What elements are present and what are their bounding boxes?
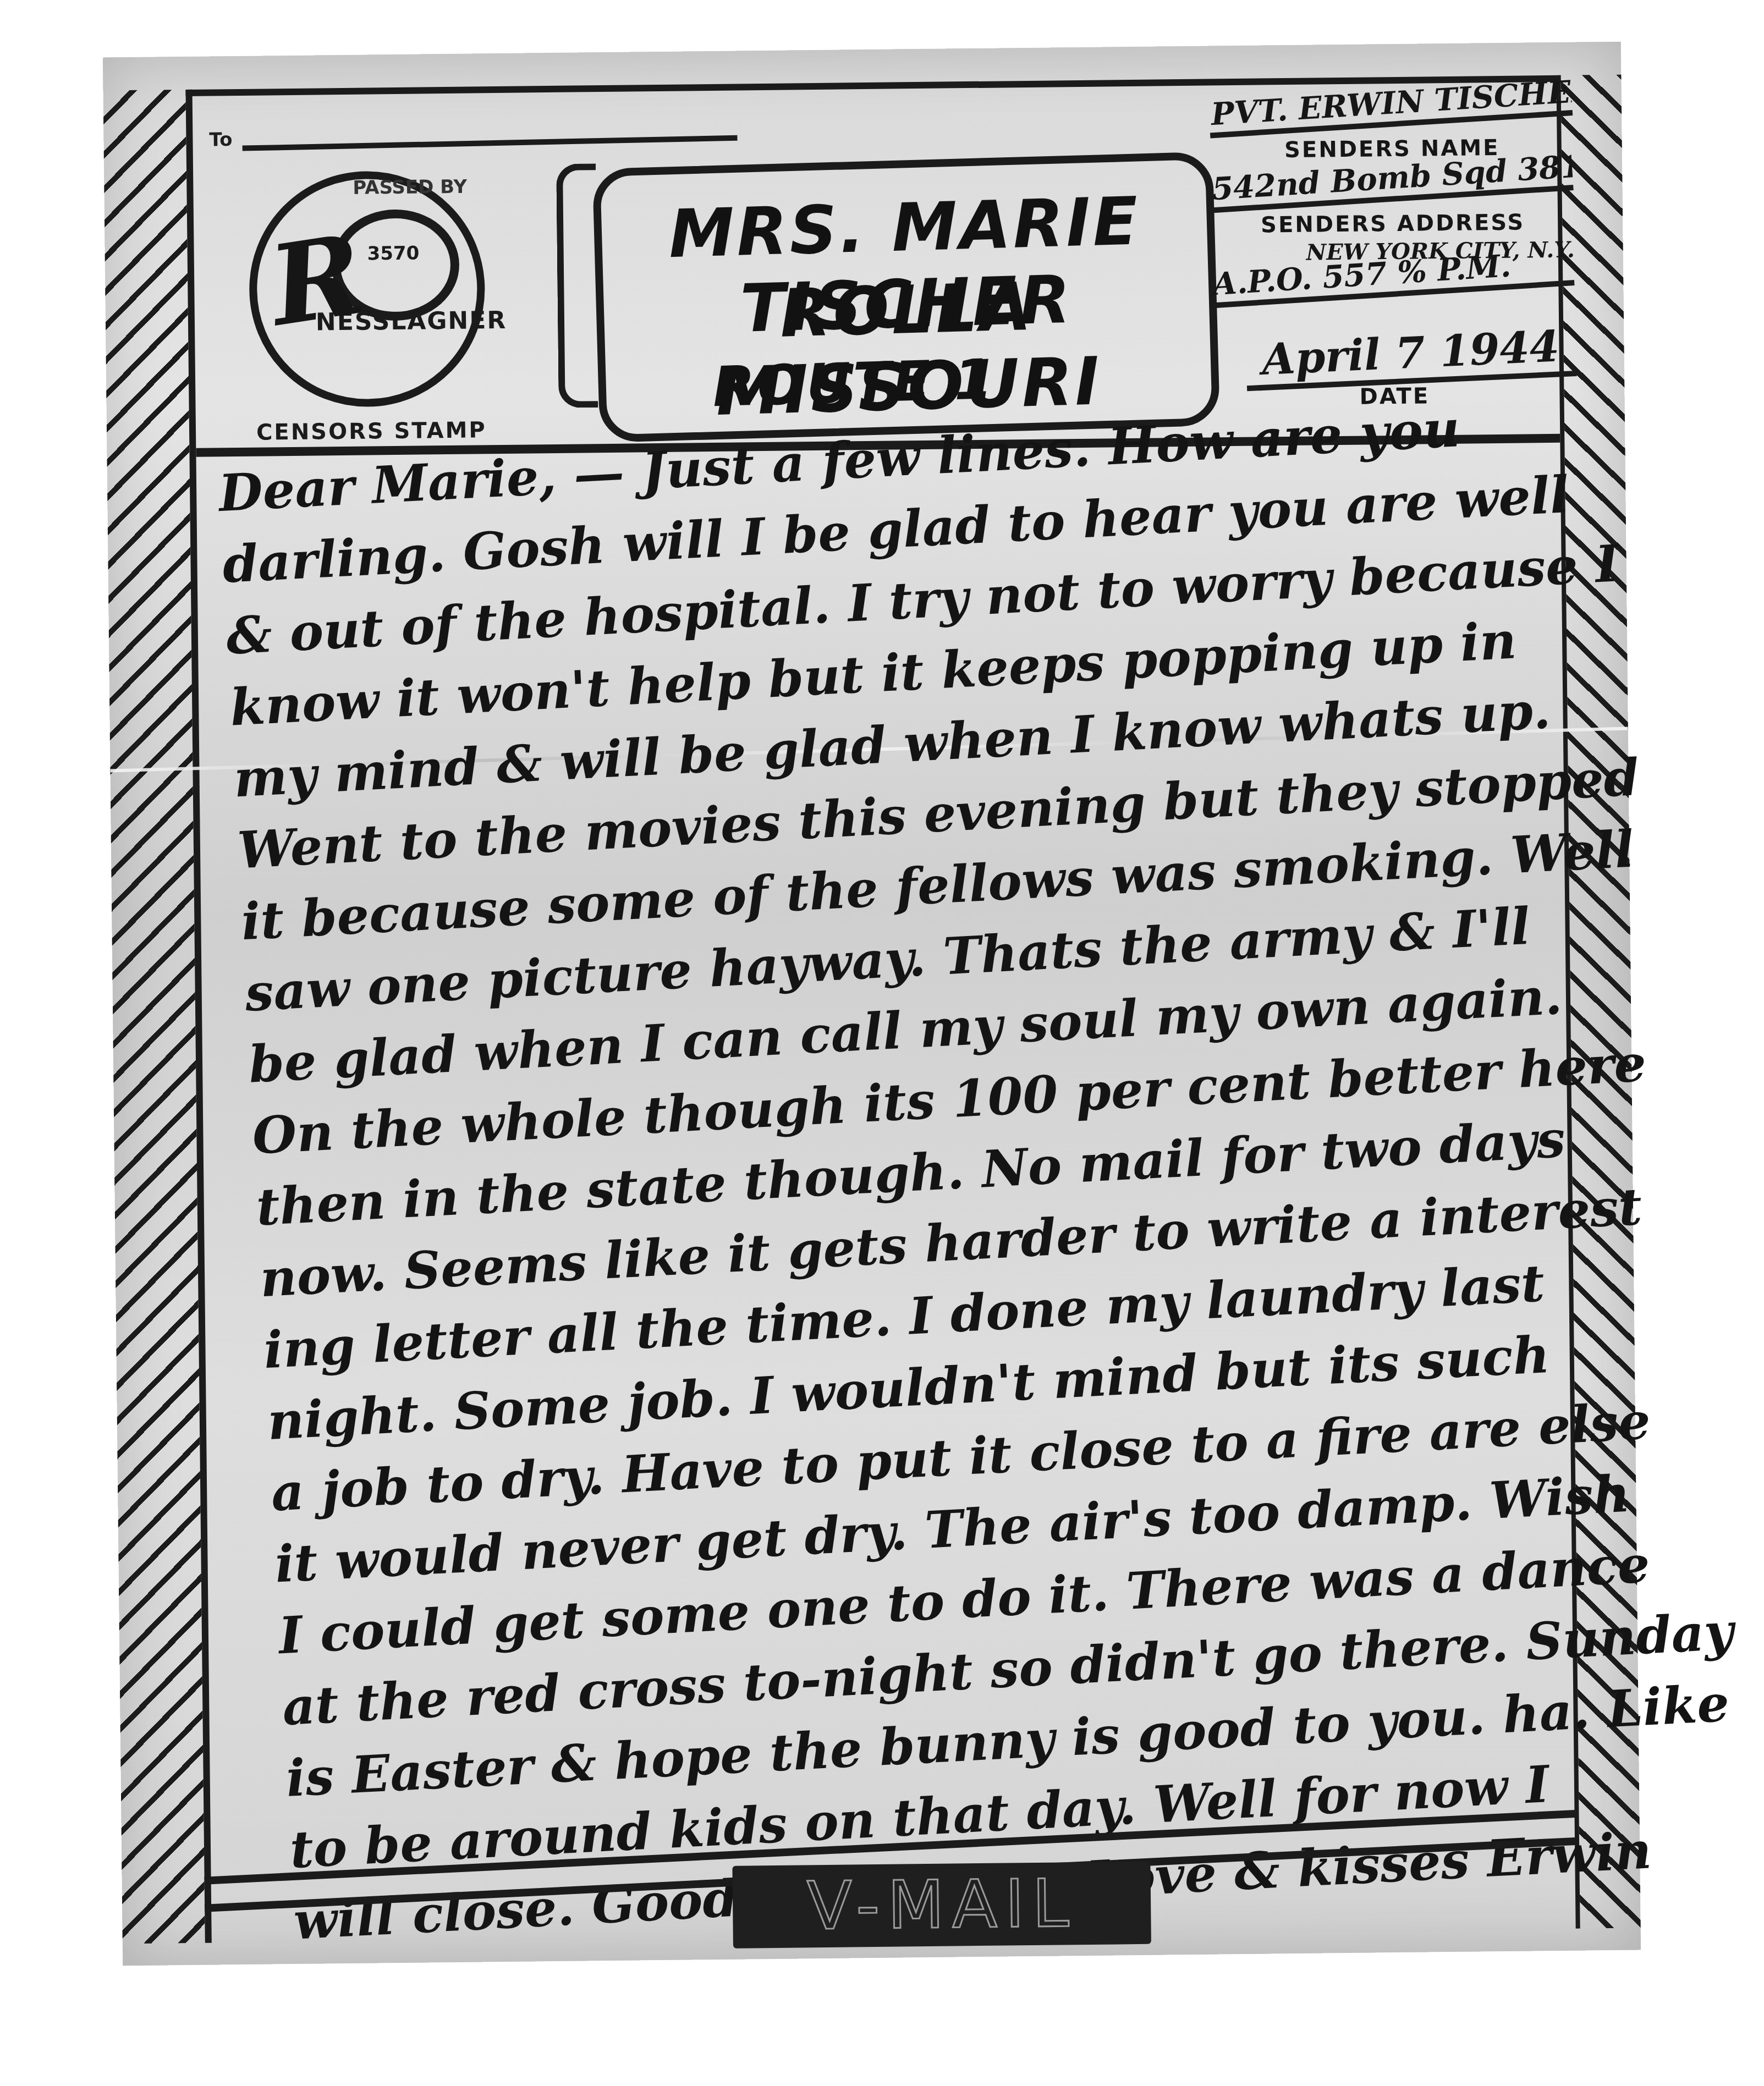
address-bracket	[556, 163, 598, 408]
censor-signature: R	[262, 210, 372, 351]
censor-stamp: PASSED BY 3570 NESSLAGNER R CENSORS STAM…	[232, 158, 542, 415]
letter-body: Dear Marie, — Just a few lines. How are …	[217, 388, 1614, 1842]
letter-date: April 7 1944	[1245, 321, 1577, 391]
sender-address-label: SENDERS ADDRESS	[1211, 210, 1574, 239]
censor-number: 3570	[367, 243, 419, 265]
to-label: To	[209, 129, 232, 151]
censor-stamp-label: CENSORS STAMP	[256, 417, 487, 445]
vmail-sheet: To PASSED BY 3570 NESSLAGNER R CENSORS S…	[103, 42, 1641, 1966]
vmail-banner: V-MAIL	[732, 1862, 1151, 1949]
censor-passed-by: PASSED BY	[353, 176, 467, 199]
recipient-address-box: MRS. MARIE TISCHER ROLLA MISSOURI ROUTE …	[592, 152, 1220, 443]
to-line	[243, 135, 738, 151]
sender-block: PVT. ERWIN TISCHER 37/89039 SENDERS NAME…	[1210, 93, 1576, 419]
